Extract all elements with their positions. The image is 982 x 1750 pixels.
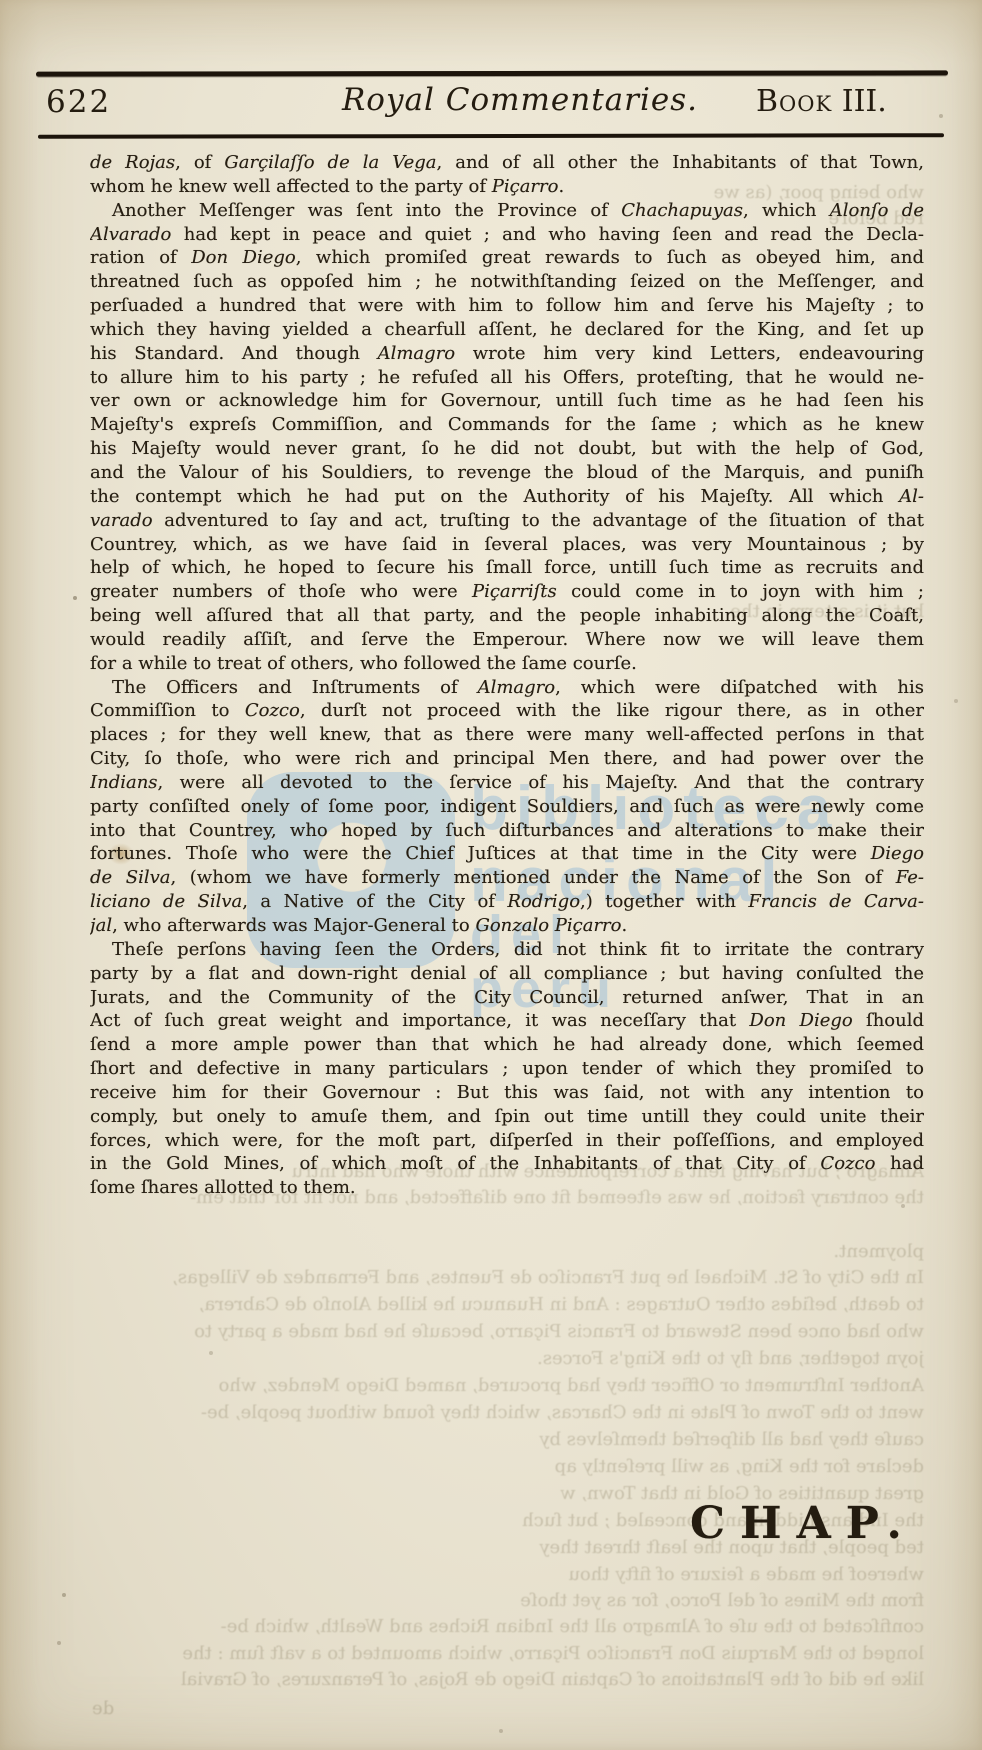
body-line: jal, who afterwards was Major-General to…	[90, 914, 924, 938]
body-line: whom he knew well affected to the party …	[90, 175, 924, 199]
body-line: party by a flat and down-right denial of…	[90, 962, 924, 986]
showthrough-line: ployment.	[92, 1240, 924, 1264]
showthrough-line: from the Mines of del Porco, for as yet …	[92, 1589, 924, 1613]
showthrough-line: to death, beſides other Outrages : And i…	[92, 1293, 924, 1317]
body-line: fortunes. Thoſe who were the Chief Juſti…	[90, 842, 924, 866]
body-line: greater numbers of thoſe who were Piçarr…	[90, 580, 924, 604]
book-page: who being poor, (as wered beforebut it i…	[0, 0, 982, 1750]
body-line: ſend a more ample power than that which …	[90, 1033, 924, 1057]
showthrough-line: like he did of the Plantations of Captai…	[92, 1668, 924, 1692]
body-line: comply, but onely to amuſe them, and ſpi…	[90, 1105, 924, 1129]
body-line: Act of ſuch great weight and importance,…	[90, 1009, 924, 1033]
body-text: de Rojas, of Garçilaſſo de la Vega, and …	[90, 151, 924, 1200]
book-label: Book III.	[756, 84, 887, 119]
body-line: ver own or acknowledge him for Governour…	[90, 389, 924, 413]
body-line: his Standard. And though Almagro wrote h…	[90, 342, 924, 366]
showthrough-line: In the City of St. Michael he put Franci…	[92, 1266, 924, 1290]
header-rule-top	[36, 70, 948, 76]
body-line: into that Countrey, who hoped by ſuch di…	[90, 819, 924, 843]
showthrough-line: declare for the King, as will preſently …	[92, 1455, 924, 1479]
body-line: City, ſo thoſe, who were rich and princi…	[90, 747, 924, 771]
body-line: receive him for their Governour : But th…	[90, 1081, 924, 1105]
body-line: Another Meſſenger was ſent into the Prov…	[90, 199, 924, 223]
body-line: places ; for they well knew, that as the…	[90, 723, 924, 747]
body-line: Commiſſion to Cozco, durſt not proceed w…	[90, 699, 924, 723]
body-line: liciano de Silva, a Native of the City o…	[90, 890, 924, 914]
showthrough-line: whereof he made a ſeizure of fifty thou	[92, 1563, 924, 1587]
body-line: de Silva, (whom we have formerly mention…	[90, 866, 924, 890]
showthrough-line: de	[92, 1697, 924, 1721]
body-line: the contempt which he had put on the Aut…	[90, 485, 924, 509]
page-number: 622	[46, 84, 111, 120]
body-line: threatned ſuch as oppoſed him ; he notwi…	[90, 270, 924, 294]
showthrough-line: who had once been Steward to Francis Piç…	[92, 1320, 924, 1344]
body-line: which they having yielded a chearfull aſ…	[90, 318, 924, 342]
body-line: and the Valour of his Souldiers, to reve…	[90, 461, 924, 485]
body-line: perſuaded a hundred that were with him t…	[90, 294, 924, 318]
body-line: ſome ſhares allotted to them.	[90, 1176, 924, 1200]
body-line: Alvarado had kept in peace and quiet ; a…	[90, 223, 924, 247]
body-line: in the Gold Mines, of which moſt of the …	[90, 1152, 924, 1176]
book-word: Book	[756, 84, 832, 119]
ink-specks	[0, 0, 2, 2]
body-line: Jurats, and the Community of the City Co…	[90, 986, 924, 1010]
showthrough-line: confiſcated to the uſe of Almagro all th…	[92, 1615, 924, 1639]
body-line: de Rojas, of Garçilaſſo de la Vega, and …	[90, 151, 924, 175]
showthrough-line: joyn together, and fly to the King's For…	[92, 1347, 924, 1371]
body-line: to allure him to his party ; he refuſed …	[90, 366, 924, 390]
chapter-catchword: CHAP.	[690, 1498, 917, 1549]
body-line: his Majeſty would never grant, ſo he did…	[90, 437, 924, 461]
body-line: ſhort and defective in many particulars …	[90, 1057, 924, 1081]
body-line: forces, which were, for the moſt part, d…	[90, 1129, 924, 1153]
body-line: help of which, he hoped to ſecure his ſm…	[90, 556, 924, 580]
showthrough-line: longed to the Marquis Don Franciſco Piça…	[92, 1642, 924, 1666]
body-line: would readily aſſiſt, and ſerve the Empe…	[90, 628, 924, 652]
body-line: for a while to treat of others, who foll…	[90, 652, 924, 676]
book-numeral: III.	[842, 84, 887, 119]
body-line: Majeſty's expreſs Commiſſion, and Comman…	[90, 413, 924, 437]
body-line: being well aſſured that all that party, …	[90, 604, 924, 628]
body-line: Indians, were all devoted to the ſervice…	[90, 771, 924, 795]
showthrough-line: Another Inſtrument or Officer they had p…	[92, 1374, 924, 1398]
body-line: ration of Don Diego, which promiſed grea…	[90, 246, 924, 270]
body-line: party conſiſted onely of ſome poor, indi…	[90, 795, 924, 819]
showthrough-line: cauſe they had all diſperſed themſelves …	[92, 1428, 924, 1452]
body-line: Theſe perſons having ſeen the Orders, di…	[90, 938, 924, 962]
body-line: The Officers and Inſtruments of Almagro,…	[90, 676, 924, 700]
header-rule-bottom	[38, 133, 944, 139]
body-line: varado adventured to ſay and act, truſti…	[90, 509, 924, 533]
showthrough-line: went to the Town of Plate in the Charcas…	[92, 1401, 924, 1425]
body-line: Countrey, which, as we have ſaid in ſeve…	[90, 533, 924, 557]
